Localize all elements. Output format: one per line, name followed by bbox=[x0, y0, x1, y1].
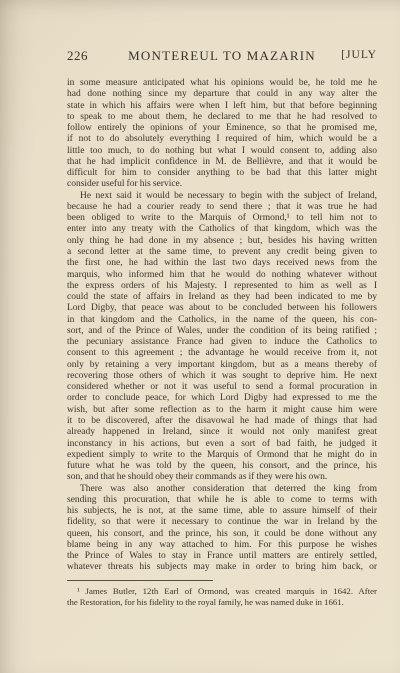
date-marker: [JULY bbox=[341, 49, 377, 61]
text-line: that he had implicit confidence in M. de… bbox=[67, 157, 377, 168]
text-line: because he had a courier ready to send t… bbox=[67, 202, 377, 213]
text-line: future what he was told by the queen, hi… bbox=[67, 461, 377, 472]
text-line: Lord Digby, that peace was about to be c… bbox=[67, 303, 377, 314]
paragraph: He next said it would be necessary to be… bbox=[67, 191, 377, 484]
text-line: if not to do absolutely everything I req… bbox=[67, 134, 377, 145]
text-line: He next said it would be necessary to be… bbox=[67, 191, 377, 202]
text-line: whatever threats his subjects may make i… bbox=[67, 562, 377, 573]
text-line: sending this procuration, that while he … bbox=[67, 495, 377, 506]
footnote-line: the Restoration, for his fidelity to the… bbox=[67, 597, 377, 608]
text-line: the pecuniary assistance France had give… bbox=[67, 337, 377, 348]
text-line: state in which his affairs were when I l… bbox=[67, 101, 377, 112]
text-line: son, and that he should obey their comma… bbox=[67, 472, 377, 483]
text-line: fidelity, so that were it necessary to c… bbox=[67, 517, 377, 528]
text-line: little too much, to do nothing but what … bbox=[67, 146, 377, 157]
text-line: blame being in any way attached to him. … bbox=[67, 540, 377, 551]
text-line: marquis, who informed him that he would … bbox=[67, 270, 377, 281]
text-line: only by retaining a very important kingd… bbox=[67, 360, 377, 371]
paragraph: There was also another consideration tha… bbox=[67, 484, 377, 574]
text-line: sort, and of the Prince of Wales, under … bbox=[67, 326, 377, 337]
text-line: a second letter at the same time, to pre… bbox=[67, 247, 377, 258]
text-line: only thing he had done in my absence ; b… bbox=[67, 236, 377, 247]
text-line: to speak to me about them, he declared t… bbox=[67, 112, 377, 123]
book-page: 226 MONTEREUL TO MAZARIN [JULY in some m… bbox=[0, 0, 400, 673]
text-line: the first one, he had within the last tw… bbox=[67, 258, 377, 269]
text-line: it to be discovered, after the disavowal… bbox=[67, 416, 377, 427]
footnote-rule bbox=[67, 580, 213, 581]
text-line: inconstancy in his actions, but even a s… bbox=[67, 439, 377, 450]
text-line: wish, but after some reflection as to th… bbox=[67, 405, 377, 416]
text-line: the Prince of Wales to stay in France un… bbox=[67, 551, 377, 562]
text-line: enter into any treaty with the Catholics… bbox=[67, 224, 377, 235]
text-line: queen, his consort, and the prince, his … bbox=[67, 529, 377, 540]
text-line: difficult for him to consider anything t… bbox=[67, 168, 377, 179]
letter-body: in some measure anticipated what his opi… bbox=[67, 78, 377, 574]
running-title: MONTEREUL TO MAZARIN bbox=[67, 48, 377, 64]
text-line: follow entirely the opinions of your Emi… bbox=[67, 123, 377, 134]
text-line: in some measure anticipated what his opi… bbox=[67, 78, 377, 89]
text-line: considered whether or not it was useful … bbox=[67, 382, 377, 393]
paragraph: in some measure anticipated what his opi… bbox=[67, 78, 377, 191]
footnote: ¹ James Butler, 12th Earl of Ormond, was… bbox=[67, 586, 377, 608]
text-line: recovering those others of which it was … bbox=[67, 371, 377, 382]
text-line: could the state of affairs in Ireland as… bbox=[67, 292, 377, 303]
footnote-line: ¹ James Butler, 12th Earl of Ormond, was… bbox=[67, 586, 377, 597]
text-line: had done nothing since my departure that… bbox=[67, 89, 377, 100]
page-header: 226 MONTEREUL TO MAZARIN [JULY bbox=[67, 48, 377, 64]
text-line: expedient simply to write to the Marquis… bbox=[67, 450, 377, 461]
text-line: order to conclude peace, for which Lord … bbox=[67, 393, 377, 404]
text-line: in that kingdom and the Catholics, in th… bbox=[67, 315, 377, 326]
text-line: been obliged to write to the Marquis of … bbox=[67, 213, 377, 224]
text-line: already happened in Ireland, since it wo… bbox=[67, 427, 377, 438]
text-line: the express orders of his Majesty. I rep… bbox=[67, 281, 377, 292]
text-line: There was also another consideration tha… bbox=[67, 484, 377, 495]
text-line: consider useful for his service. bbox=[67, 179, 377, 190]
text-line: consent to this agreement ; the advantag… bbox=[67, 348, 377, 359]
text-line: his subjects, he is not, at the same tim… bbox=[67, 506, 377, 517]
